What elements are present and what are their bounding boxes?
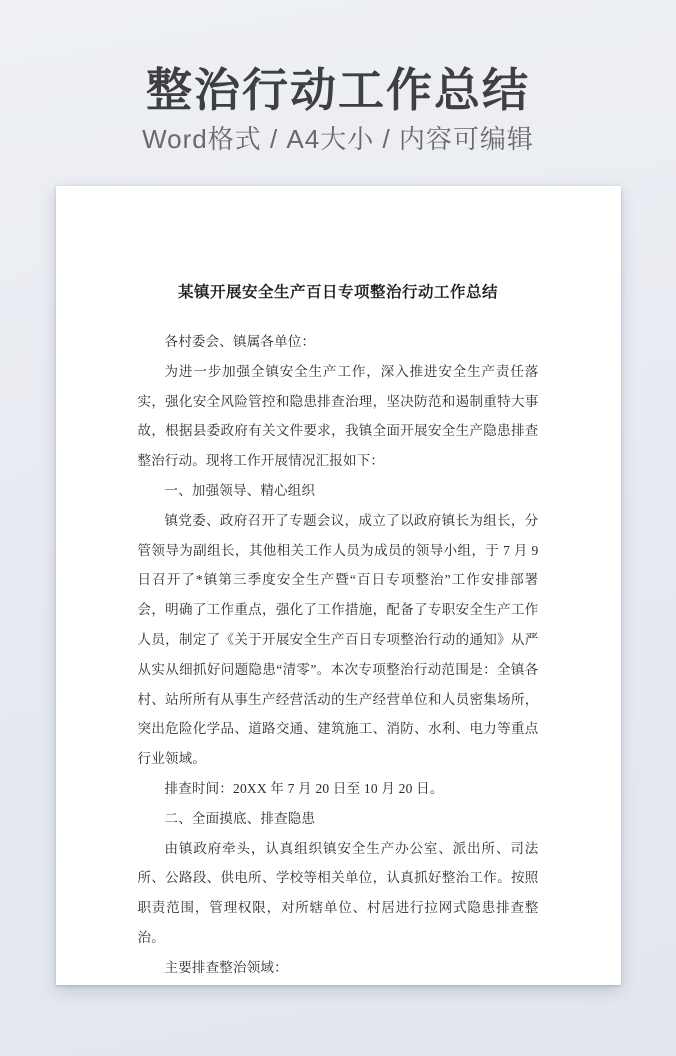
document-body: 各村委会、镇属各单位：为进一步加强全镇安全生产工作，深入推进安全生产责任落实，强…	[138, 327, 539, 983]
document-page: 某镇开展安全生产百日专项整治行动工作总结 各村委会、镇属各单位：为进一步加强全镇…	[56, 186, 621, 985]
document-paragraph: 二、全面摸底、排查隐患	[138, 804, 539, 834]
template-preview-page: 整治行动工作总结 Word格式 / A4大小 / 内容可编辑 某镇开展安全生产百…	[0, 0, 676, 985]
document-paragraph: 一、加强领导、精心组织	[138, 476, 539, 506]
document-paragraph: 各村委会、镇属各单位：	[138, 327, 539, 357]
document-title: 某镇开展安全生产百日专项整治行动工作总结	[138, 280, 539, 302]
document-paragraph: 排查时间：20XX 年 7 月 20 日至 10 月 20 日。	[138, 774, 539, 804]
page-title: 整治行动工作总结	[0, 0, 676, 117]
document-paragraph: 由镇政府牵头，认真组织镇安全生产办公室、派出所、司法所、公路段、供电所、学校等相…	[138, 834, 539, 953]
document-paragraph: 为进一步加强全镇安全生产工作，深入推进安全生产责任落实，强化安全风险管控和隐患排…	[138, 357, 539, 476]
document-paragraph: 主要排查整治领域：	[138, 953, 539, 983]
page-subtitle: Word格式 / A4大小 / 内容可编辑	[0, 124, 676, 155]
header: 整治行动工作总结 Word格式 / A4大小 / 内容可编辑	[0, 0, 676, 186]
document-paragraph: 镇党委、政府召开了专题会议，成立了以政府镇长为组长，分管领导为副组长，其他相关工…	[138, 506, 539, 774]
